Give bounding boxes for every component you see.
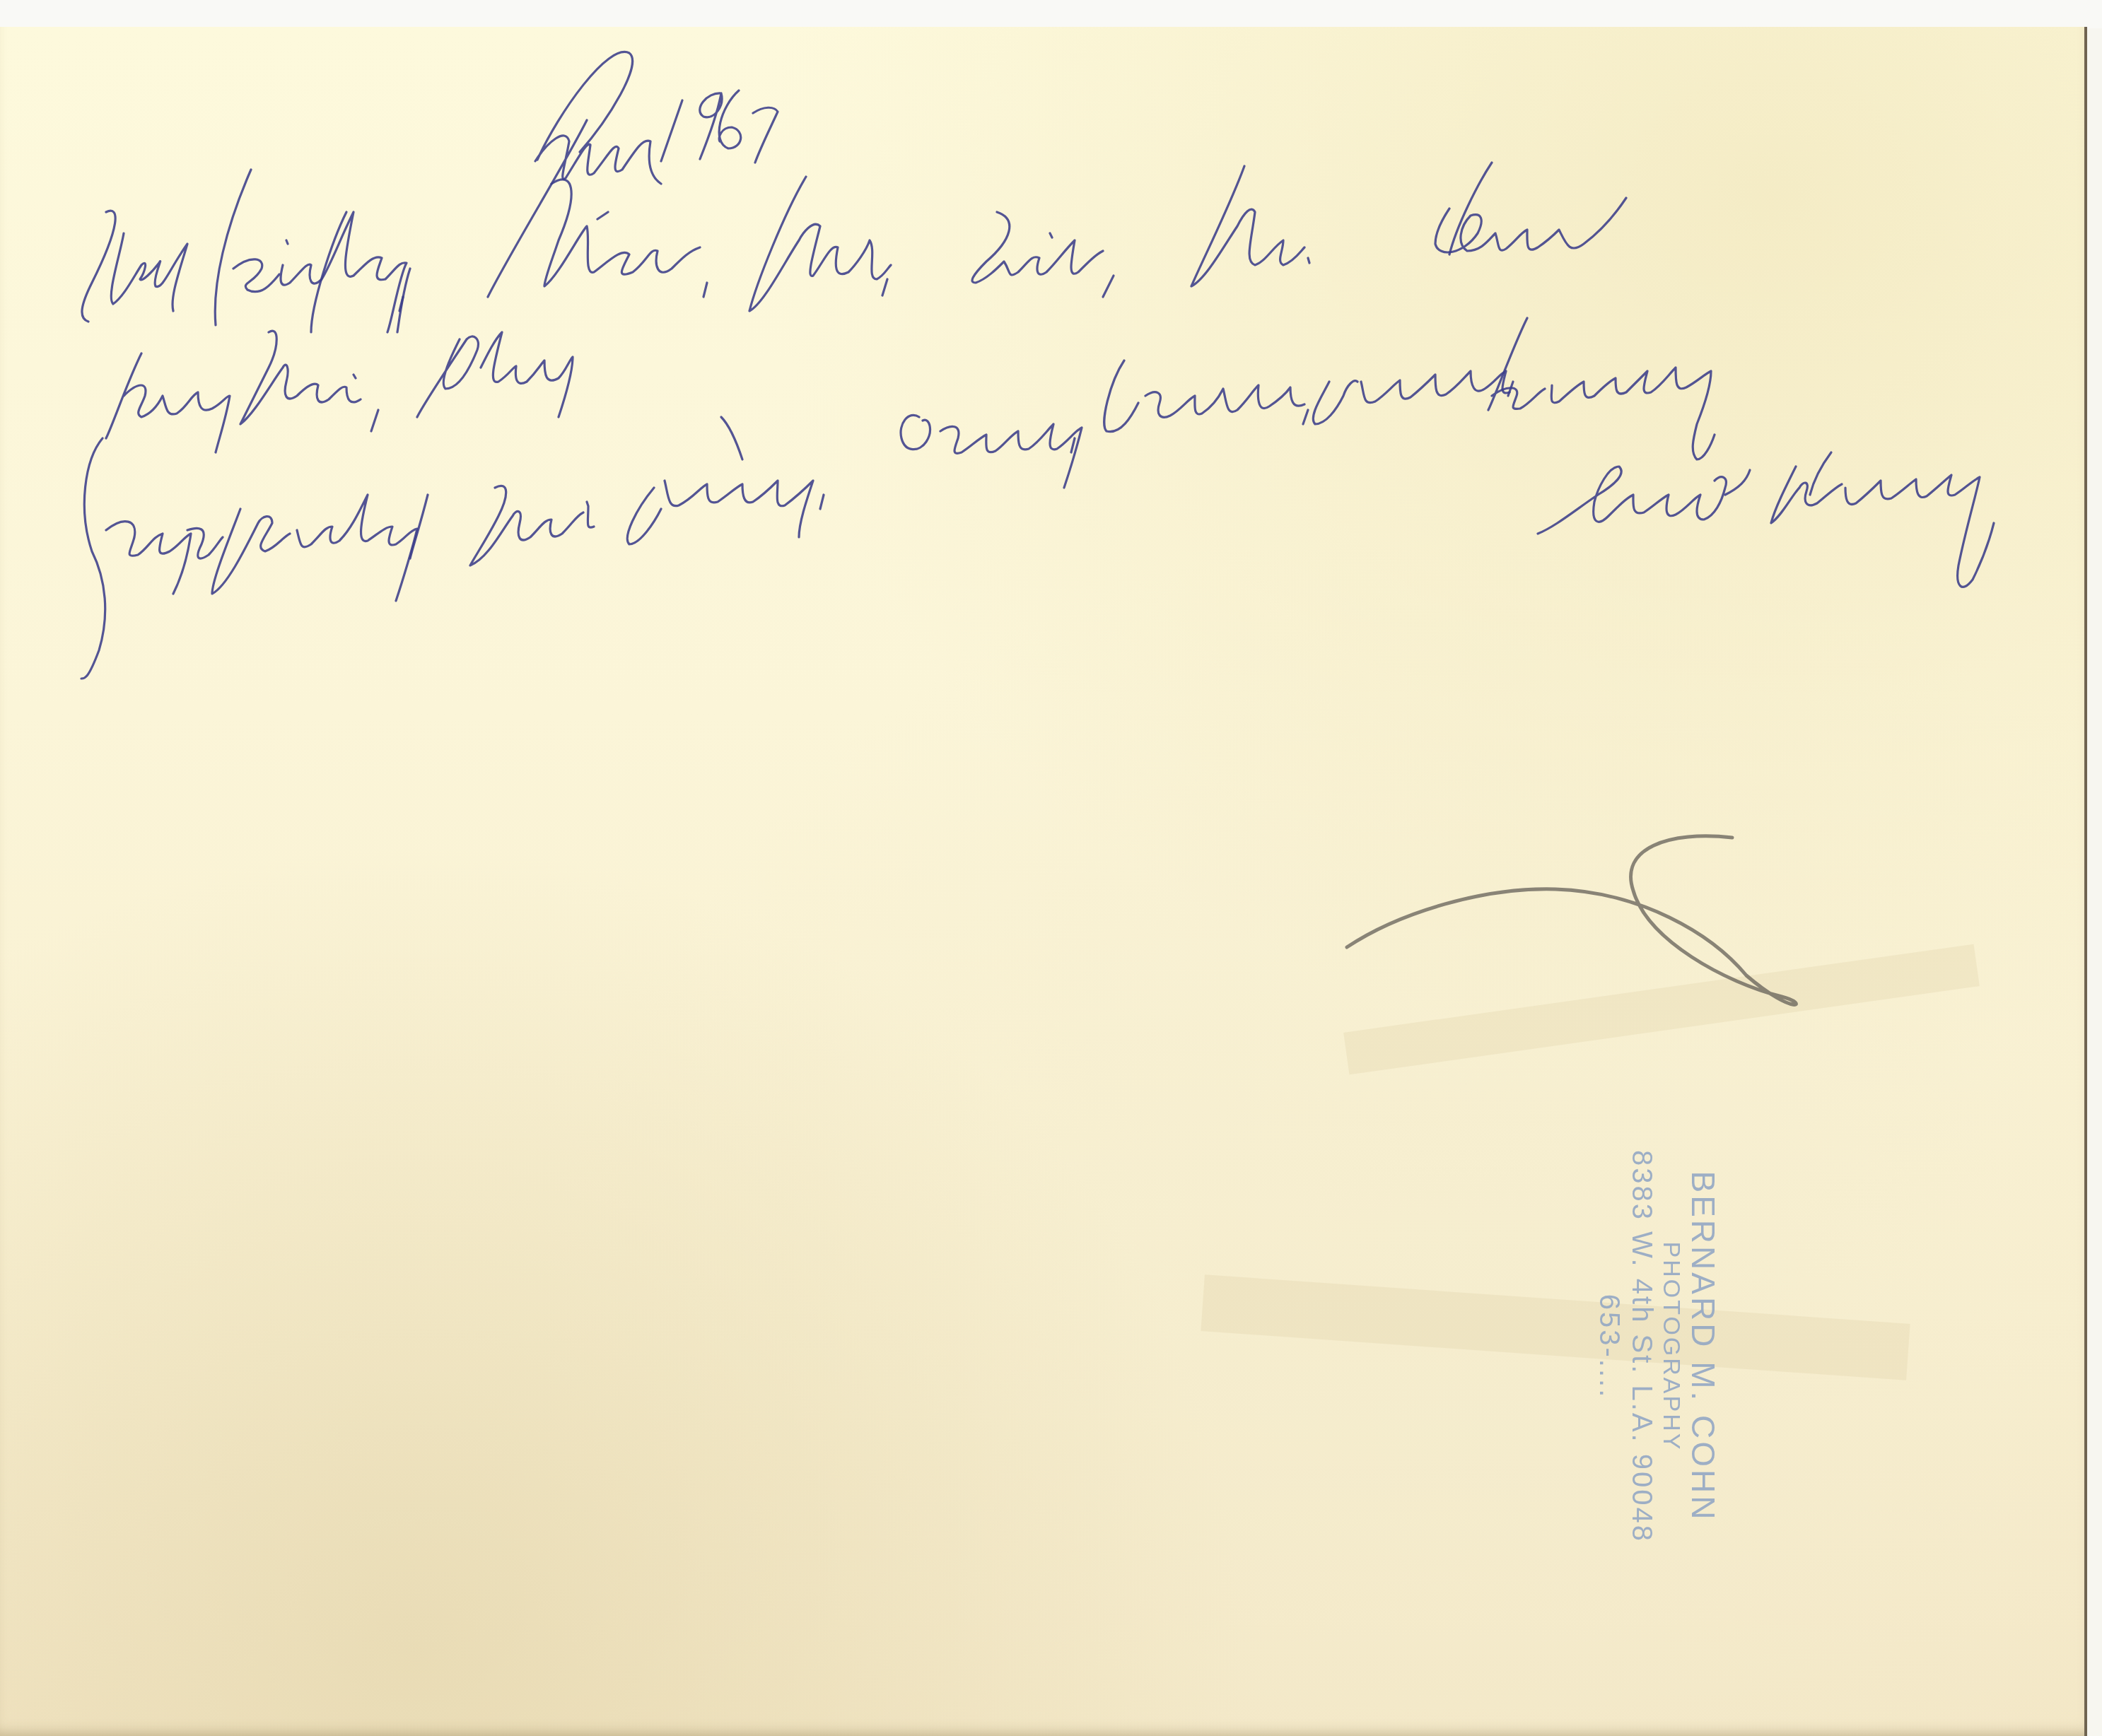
header-year: 1967 [661, 92, 805, 158]
caption-line-4: David Ribakoff [1541, 467, 2016, 541]
stamp-subtitle: PHOTOGRAPHY [1658, 1092, 1685, 1601]
stamp-name: BERNARD M. COHN [1685, 1092, 1722, 1601]
caption-line-1: Alex Ribakoff, Nasha, Gredie, Mrs. Brane… [85, 212, 1754, 303]
stamp-phone: 653-.... [1593, 1092, 1625, 1601]
photographer-stamp: BERNARD M. COHN PHOTOGRAPHY 8383 W. 4th … [1566, 1092, 1722, 1601]
stamp-address: 8383 W. 4th St. L.A. 90048 [1625, 1092, 1658, 1601]
header-word: Purim [495, 106, 668, 172]
pencil-loop-mark [1347, 836, 1796, 1005]
caption-line-2: Rose, Denis, Shirley [106, 346, 900, 437]
